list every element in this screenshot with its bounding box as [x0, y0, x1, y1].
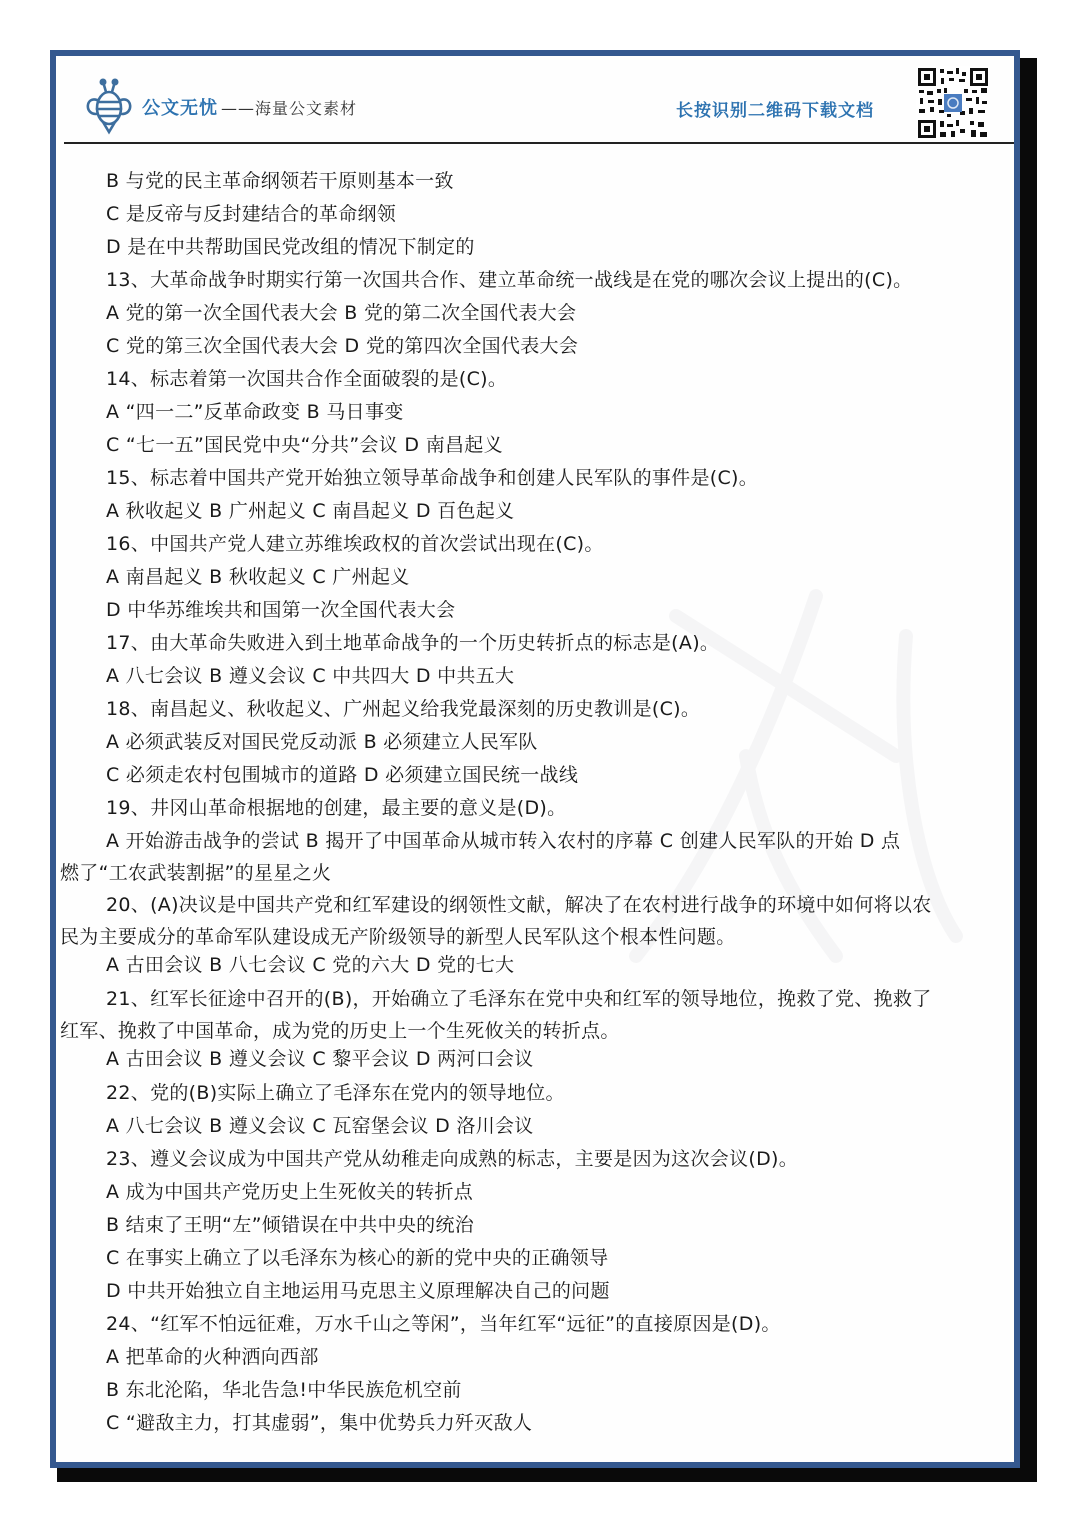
brand-slogan: ——海量公文素材	[221, 96, 357, 119]
text-line: 13、大革命战争时期实行第一次国共合作、建立革命统一战线是在党的哪次会议上提出的…	[106, 265, 912, 295]
text-line: A 开始游击战争的尝试 B 揭开了中国革命从城市转入农村的序幕 C 创建人民军队…	[106, 826, 900, 856]
text-line: 23、遵义会议成为中国共产党从幼稚走向成熟的标志，主要是因为这次会议(D)。	[106, 1144, 798, 1174]
text-line: A 必须武装反对国民党反动派 B 必须建立人民军队	[106, 727, 538, 757]
text-line: C 是反帝与反封建结合的革命纲领	[106, 199, 396, 229]
header-divider	[64, 142, 1014, 144]
brand-name: 公文无忧	[142, 94, 218, 120]
text-line: C 必须走农村包围城市的道路 D 必须建立国民统一战线	[106, 760, 578, 790]
text-line: A “四一二”反革命政变 B 马日事变	[106, 397, 404, 427]
text-line: 19、井冈山革命根据地的创建，最主要的意义是(D)。	[106, 793, 566, 823]
text-line: 18、南昌起义、秋收起义、广州起义给我党最深刻的历史教训是(C)。	[106, 694, 700, 724]
text-line: D 中共开始独立自主地运用马克思主义原理解决自己的问题	[106, 1276, 610, 1306]
qr-code-icon[interactable]	[916, 66, 990, 140]
text-line: D 是在中共帮助国民党改组的情况下制定的	[106, 232, 475, 262]
text-line: 20、(A)决议是中国共产党和红军建设的纲领性文献，解决了在农村进行战争的环境中…	[106, 890, 932, 920]
text-line: 民为主要成分的革命军队建设成无产阶级领导的新型人民军队这个根本性问题。	[60, 922, 736, 952]
text-line: 红军、挽救了中国革命，成为党的历史上一个生死攸关的转折点。	[60, 1016, 620, 1046]
text-line: 17、由大革命失败进入到土地革命战争的一个历史转折点的标志是(A)。	[106, 628, 719, 658]
text-line: A 八七会议 B 遵义会议 C 中共四大 D 中共五大	[106, 661, 514, 691]
text-line: 22、党的(B)实际上确立了毛泽东在党内的领导地位。	[106, 1078, 565, 1108]
text-line: A 秋收起义 B 广州起义 C 南昌起义 D 百色起义	[106, 496, 514, 526]
text-line: 14、标志着第一次国共合作全面破裂的是(C)。	[106, 364, 507, 394]
text-line: B 东北沦陷，华北告急!中华民族危机空前	[106, 1375, 462, 1405]
text-line: A 古田会议 B 遵义会议 C 黎平会议 D 两河口会议	[106, 1044, 534, 1074]
qr-hint-text: 长按识别二维码下载文档	[676, 96, 874, 121]
text-line: 24、“红军不怕远征难，万水千山之等闲”，当年红军“远征”的直接原因是(D)。	[106, 1309, 781, 1339]
text-line: B 结束了王明“左”倾错误在中共中央的统治	[106, 1210, 474, 1240]
text-line: B 与党的民主革命纲领若干原则基本一致	[106, 166, 454, 196]
text-line: C “避敌主力，打其虚弱”，集中优势兵力歼灭敌人	[106, 1408, 532, 1438]
text-line: C 在事实上确立了以毛泽东为核心的新的党中央的正确领导	[106, 1243, 608, 1273]
text-line: A 古田会议 B 八七会议 C 党的六大 D 党的七大	[106, 950, 514, 980]
text-line: D 中华苏维埃共和国第一次全国代表大会	[106, 595, 455, 625]
text-line: C 党的第三次全国代表大会 D 党的第四次全国代表大会	[106, 331, 578, 361]
text-line: 15、标志着中国共产党开始独立领导革命战争和创建人民军队的事件是(C)。	[106, 463, 758, 493]
text-line: A 南昌起义 B 秋收起义 C 广州起义	[106, 562, 410, 592]
text-line: A 成为中国共产党历史上生死攸关的转折点	[106, 1177, 473, 1207]
document-page: 公文无忧 ——海量公文素材 长按识别二维码下载文档	[50, 50, 1020, 1468]
text-line: A 八七会议 B 遵义会议 C 瓦窑堡会议 D 洛川会议	[106, 1111, 534, 1141]
text-line: C “七一五”国民党中央“分共”会议 D 南昌起义	[106, 430, 503, 460]
bee-logo-icon	[84, 78, 134, 136]
text-line: 16、中国共产党人建立苏维埃政权的首次尝试出现在(C)。	[106, 529, 604, 559]
text-line: 21、红军长征途中召开的(B)，开始确立了毛泽东在党中央和红军的领导地位，挽救了…	[106, 984, 932, 1014]
text-line: 燃了“工农武装割据”的星星之火	[60, 858, 331, 888]
page-header: 公文无忧 ——海量公文素材 长按识别二维码下载文档	[56, 56, 1014, 149]
text-line: A 把革命的火种洒向西部	[106, 1342, 319, 1372]
text-line: A 党的第一次全国代表大会 B 党的第二次全国代表大会	[106, 298, 576, 328]
